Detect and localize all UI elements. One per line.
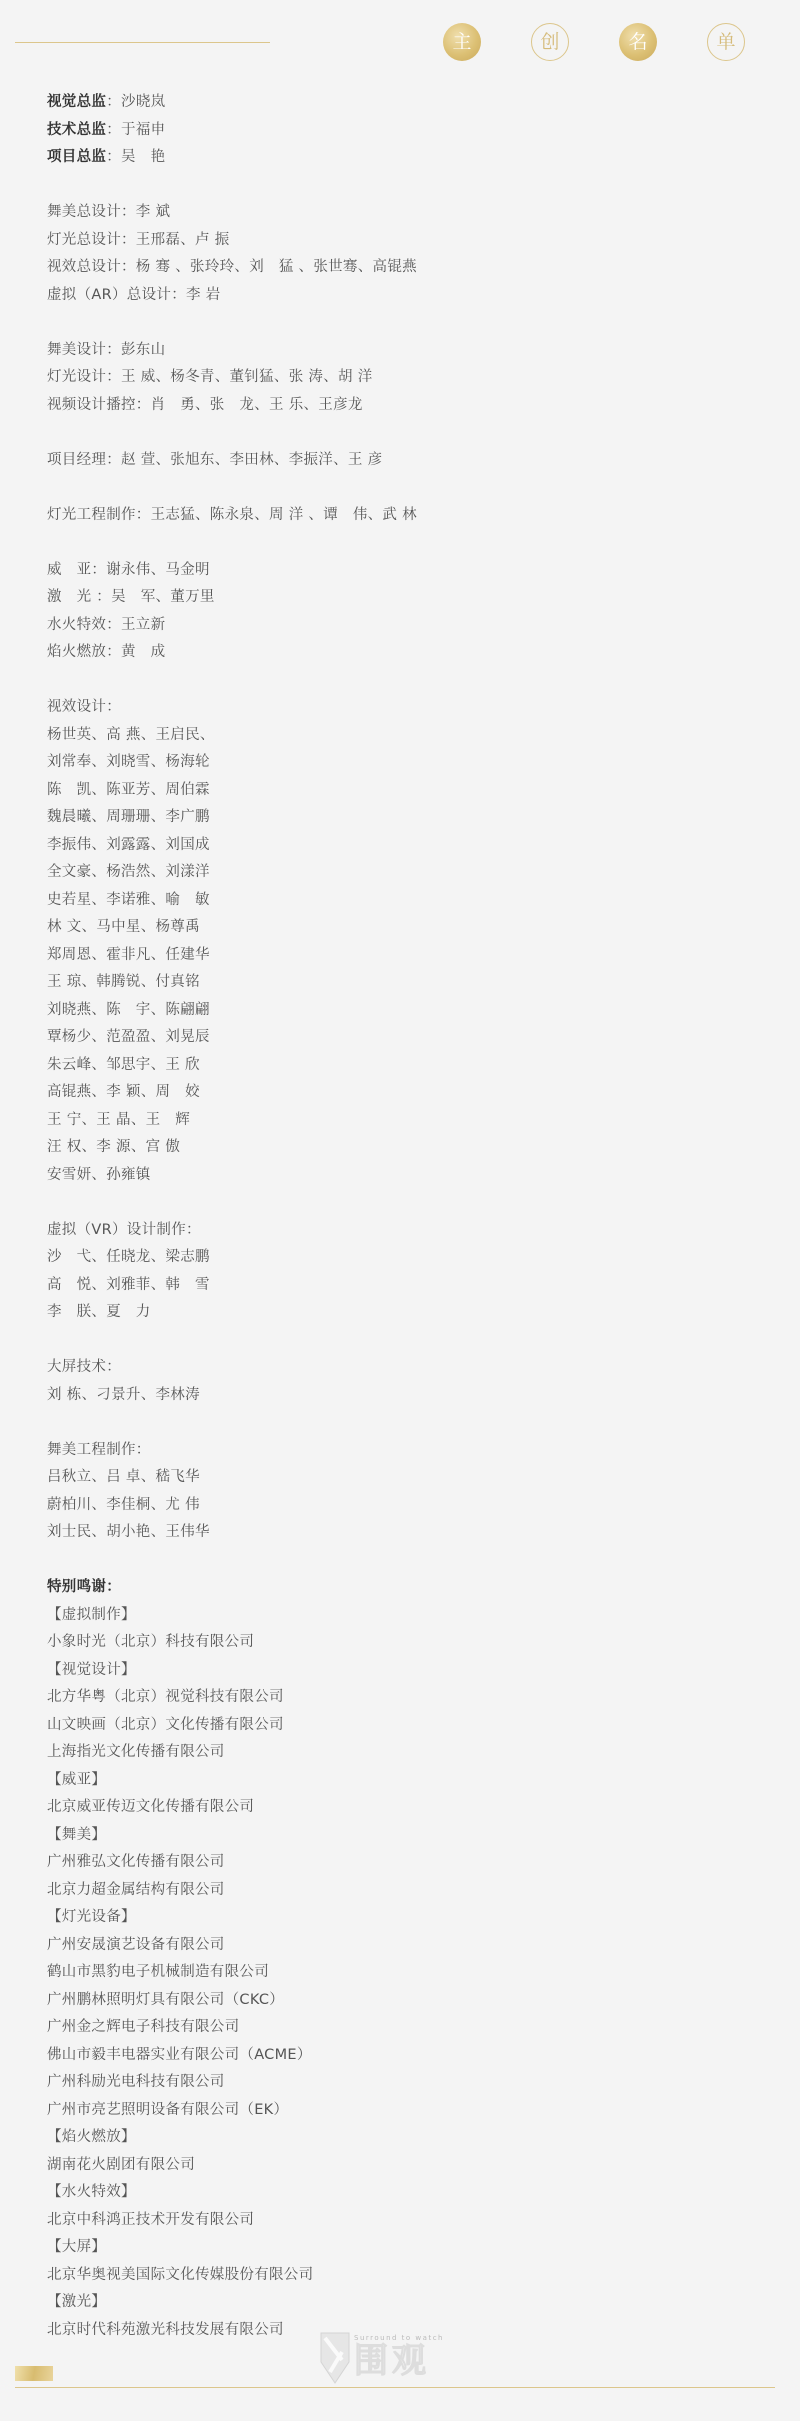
credit-line: 灯光设计：王 威、杨冬青、董钊猛、张 涛、胡 洋 [47, 364, 767, 392]
name-row: 高锟燕、李 颖、周 姣 [47, 1079, 767, 1107]
thanks-category: 【灯光设备】 [47, 1904, 767, 1932]
thanks-company: 上海指光文化传播有限公司 [47, 1739, 767, 1767]
thanks-company: 北京华奥视美国际文化传媒股份有限公司 [47, 2262, 767, 2290]
gold-accent-bar [15, 2366, 53, 2381]
thanks-company: 小象时光（北京）科技有限公司 [47, 1629, 767, 1657]
thanks-company: 北京中科鸿正技术开发有限公司 [47, 2207, 767, 2235]
shield-logo-icon [320, 2332, 350, 2384]
name-row: 蔚柏川、李佳桐、尤 伟 [47, 1492, 767, 1520]
thanks-company: 佛山市毅丰电器实业有限公司（ACME） [47, 2042, 767, 2070]
thanks-company: 北方华粤（北京）视觉科技有限公司 [47, 1684, 767, 1712]
credits-list: 视觉总监：沙晓岚 技术总监：于福申 项目总监：吴 艳 舞美总设计：李 斌 灯光总… [47, 89, 767, 2344]
footer: Surround to watch 围观 [0, 2330, 800, 2420]
title-badge-2: 创 [531, 23, 569, 61]
name-row: 覃杨少、范盈盈、刘晃辰 [47, 1024, 767, 1052]
credit-line: 舞美总设计：李 斌 [47, 199, 767, 227]
name-row: 刘 栋、刁景升、李林涛 [47, 1382, 767, 1410]
credit-line: 威 亚：谢永伟、马金明 [47, 557, 767, 585]
title-badge-3: 名 [619, 23, 657, 61]
thanks-category: 【虚拟制作】 [47, 1602, 767, 1630]
thanks-company: 北京力超金属结构有限公司 [47, 1877, 767, 1905]
credit-line: 视频设计播控：肖 勇、张 龙、王 乐、王彦龙 [47, 392, 767, 420]
credit-line: 灯光总设计：王邢磊、卢 振 [47, 227, 767, 255]
thanks-company: 山文映画（北京）文化传播有限公司 [47, 1712, 767, 1740]
credit-line: 视觉总监：沙晓岚 [47, 89, 767, 117]
name-row: 史若星、李诺雅、喻 敏 [47, 887, 767, 915]
credit-line: 虚拟（AR）总设计：李 岩 [47, 282, 767, 310]
thanks-company: 广州金之辉电子科技有限公司 [47, 2014, 767, 2042]
name-row: 刘士民、胡小艳、王伟华 [47, 1519, 767, 1547]
title-badge-4: 单 [707, 23, 745, 61]
name-row: 汪 权、李 源、宫 傲 [47, 1134, 767, 1162]
name-row: 杨世英、高 燕、王启民、 [47, 722, 767, 750]
name-row: 林 文、马中星、杨尊禹 [47, 914, 767, 942]
thanks-category: 【视觉设计】 [47, 1657, 767, 1685]
name-row: 高 悦、刘雅菲、韩 雪 [47, 1272, 767, 1300]
section-title: 大屏技术： [47, 1354, 767, 1382]
credit-line: 激 光 ：吴 军、董万里 [47, 584, 767, 612]
credit-line: 灯光工程制作：王志猛、陈永泉、周 洋 、谭 伟、武 林 [47, 502, 767, 530]
name-row: 李振伟、刘露露、刘国成 [47, 832, 767, 860]
thanks-company: 广州市亮艺照明设备有限公司（EK） [47, 2097, 767, 2125]
thanks-category: 【威亚】 [47, 1767, 767, 1795]
name-row: 王 宁、王 晶、王 辉 [47, 1107, 767, 1135]
thanks-company: 北京威亚传迈文化传播有限公司 [47, 1794, 767, 1822]
header: 主 创 名 单 [0, 0, 800, 90]
thanks-category: 【大屏】 [47, 2234, 767, 2262]
credit-line: 项目总监：吴 艳 [47, 144, 767, 172]
thanks-company: 广州鹏林照明灯具有限公司（CKC） [47, 1987, 767, 2015]
credit-line: 舞美设计：彭东山 [47, 337, 767, 365]
thanks-company: 广州雅弘文化传播有限公司 [47, 1849, 767, 1877]
title-badge-1: 主 [443, 23, 481, 61]
thanks-category: 【焰火燃放】 [47, 2124, 767, 2152]
thanks-company: 湖南花火剧团有限公司 [47, 2152, 767, 2180]
thanks-company: 广州安晟演艺设备有限公司 [47, 1932, 767, 1960]
credit-line: 技术总监：于福申 [47, 117, 767, 145]
header-divider [15, 42, 270, 43]
thanks-category: 【水火特效】 [47, 2179, 767, 2207]
thanks-title: 特别鸣谢： [47, 1574, 767, 1602]
name-row: 安雪妍、孙雍镇 [47, 1162, 767, 1190]
credit-line: 水火特效：王立新 [47, 612, 767, 640]
watermark-logo: Surround to watch 围观 [320, 2330, 520, 2410]
name-row: 郑周恩、霍非凡、任建华 [47, 942, 767, 970]
name-row: 魏晨曦、周珊珊、李广鹏 [47, 804, 767, 832]
section-title: 视效设计： [47, 694, 767, 722]
thanks-category: 【激光】 [47, 2289, 767, 2317]
name-row: 刘常奉、刘晓雪、杨海轮 [47, 749, 767, 777]
name-row: 朱云峰、邹思宇、王 欣 [47, 1052, 767, 1080]
thanks-company: 广州科励光电科技有限公司 [47, 2069, 767, 2097]
thanks-category: 【舞美】 [47, 1822, 767, 1850]
logo-text: 围观 [354, 2344, 430, 2378]
name-row: 沙 弋、任晓龙、梁志鹏 [47, 1244, 767, 1272]
name-row: 全文豪、杨浩然、刘漾洋 [47, 859, 767, 887]
credit-line: 项目经理：赵 萱、张旭东、李田林、李振洋、王 彦 [47, 447, 767, 475]
name-row: 李 朕、夏 力 [47, 1299, 767, 1327]
name-row: 吕秋立、吕 卓、嵇飞华 [47, 1464, 767, 1492]
section-title: 虚拟（VR）设计制作： [47, 1217, 767, 1245]
credit-line: 视效总设计：杨 骞 、张玲玲、刘 猛 、张世骞、高锟燕 [47, 254, 767, 282]
section-title: 舞美工程制作： [47, 1437, 767, 1465]
credit-line: 焰火燃放：黄 成 [47, 639, 767, 667]
name-row: 刘晓燕、陈 宇、陈翩翩 [47, 997, 767, 1025]
name-row: 陈 凯、陈亚芳、周伯霖 [47, 777, 767, 805]
thanks-company: 鹤山市黑豹电子机械制造有限公司 [47, 1959, 767, 1987]
name-row: 王 琼、韩腾锐、付真铭 [47, 969, 767, 997]
